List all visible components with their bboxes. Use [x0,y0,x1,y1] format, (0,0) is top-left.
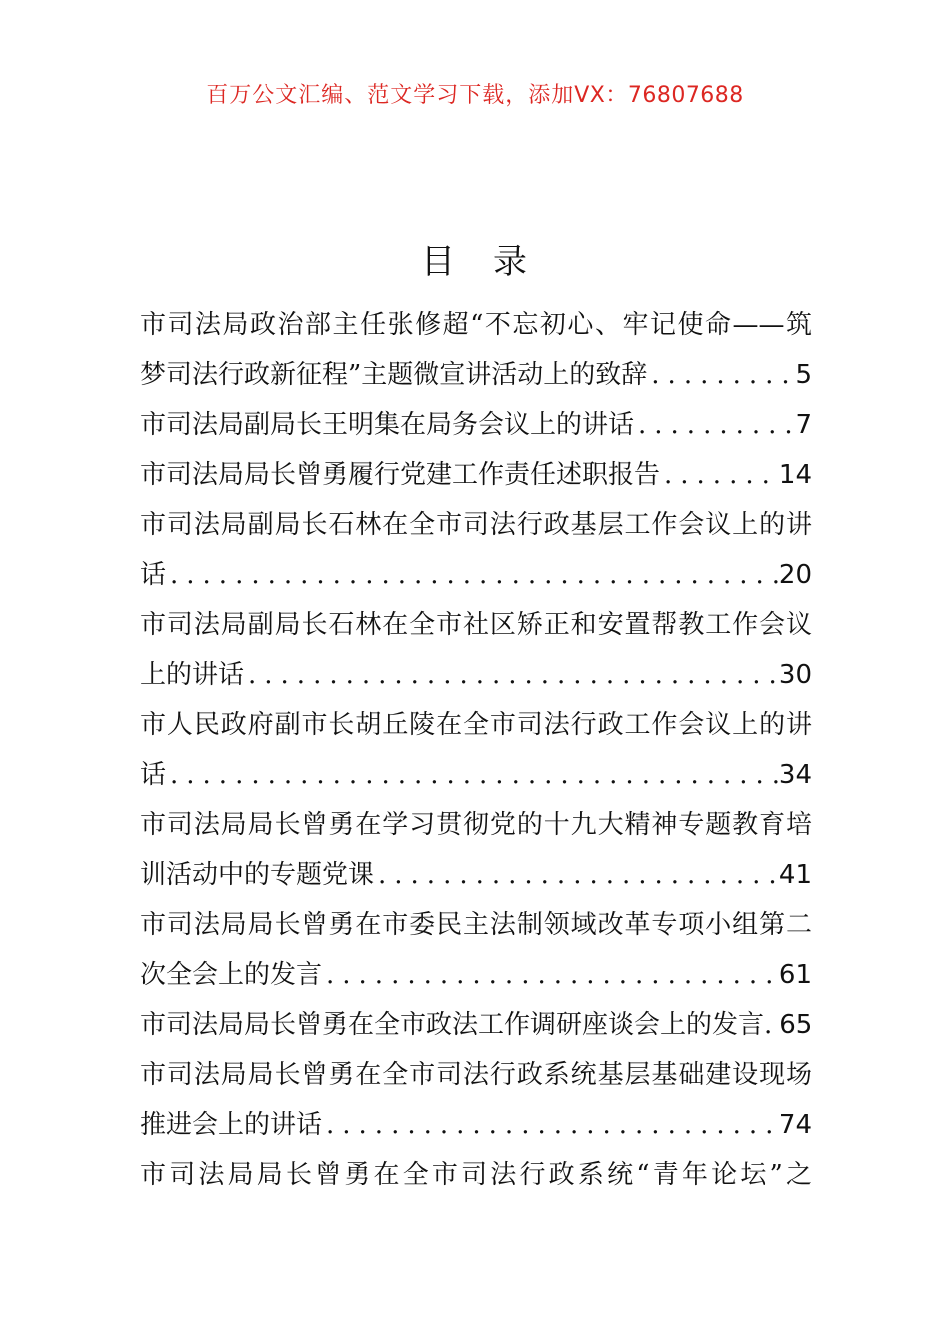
toc-entry-line: 市司法局副局长石林在全市司法行政基层工作会议上的讲 [140,500,812,550]
toc-entry[interactable]: 市司法局副局长石林在全市社区矫正和安置帮教工作会议上的讲话...........… [140,600,812,700]
toc-entry-line: 市人民政府副市长胡丘陵在全市司法行政工作会议上的讲 [140,700,812,750]
page-number: 14 [779,450,812,500]
page-number: 5 [795,350,812,400]
toc-entry-text: 次全会上的发言 [140,950,322,1000]
toc-entry-line: 市司法局局长曾勇在学习贯彻党的十九大精神专题教育培 [140,800,812,850]
toc-entry-text: 话 [140,550,166,600]
toc-entry[interactable]: 市司法局局长曾勇在全市司法行政系统“青年论坛”之 [140,1150,812,1200]
document-page: 百万公文汇编、范文学习下载，添加VX：76807688 目 录 市司法局政治部主… [0,0,950,1344]
dot-leader: ........................................… [166,550,779,600]
promo-contact-code: VX：76807688 [574,83,744,108]
page-number: 34 [779,750,812,800]
dot-leader: ........................................… [166,750,779,800]
page-number: 30 [779,650,812,700]
toc-entry-line: 市司法局局长曾勇在全市政法工作调研座谈会上的发言................… [140,1000,812,1050]
page-number: 20 [779,550,812,600]
page-number: 61 [779,950,812,1000]
dot-leader: ........................................… [322,950,779,1000]
toc-entry-line: 话.......................................… [140,750,812,800]
toc-entry-text: 话 [140,750,166,800]
toc-entry-text: 训活动中的专题党课 [140,850,374,900]
dot-leader: ........................................… [244,650,779,700]
dot-leader: ........................................… [634,400,795,450]
toc-entry[interactable]: 市司法局局长曾勇在全市政法工作调研座谈会上的发言................… [140,1000,812,1050]
toc-entry[interactable]: 市人民政府副市长胡丘陵在全市司法行政工作会议上的讲话..............… [140,700,812,800]
dot-leader: ........................................… [660,450,779,500]
page-number: 74 [779,1100,812,1150]
toc-entry-line: 训活动中的专题党课...............................… [140,850,812,900]
toc-entry-text: 市司法局局长曾勇在全市政法工作调研座谈会上的发言. [140,1000,772,1050]
toc-entry-line: 市司法局局长曾勇在全市司法行政系统“青年论坛”之 [140,1150,812,1200]
page-number: 41 [779,850,812,900]
toc-entry-line: 市司法局政治部主任张修超“不忘初心、牢记使命——筑 [140,300,812,350]
dot-leader: ........................................… [322,1100,779,1150]
toc-entry[interactable]: 市司法局局长曾勇履行党建工作责任述职报告....................… [140,450,812,500]
toc-list: 市司法局政治部主任张修超“不忘初心、牢记使命——筑梦司法行政新征程”主题微宣讲活… [140,300,812,1200]
toc-entry-text: 上的讲话 [140,650,244,700]
toc-entry[interactable]: 市司法局局长曾勇在学习贯彻党的十九大精神专题教育培训活动中的专题党课......… [140,800,812,900]
promo-header: 百万公文汇编、范文学习下载，添加VX：76807688 [0,84,950,108]
toc-entry-line: 市司法局副局长石林在全市社区矫正和安置帮教工作会议 [140,600,812,650]
dot-leader: ........................................… [374,850,779,900]
toc-entry[interactable]: 市司法局政治部主任张修超“不忘初心、牢记使命——筑梦司法行政新征程”主题微宣讲活… [140,300,812,400]
toc-entry[interactable]: 市司法局局长曾勇在市委民主法制领域改革专项小组第二次全会上的发言........… [140,900,812,1000]
toc-entry-text: 市司法局副局长王明集在局务会议上的讲话 [140,400,634,450]
promo-text: 百万公文汇编、范文学习下载，添加 [206,83,574,108]
toc-entry-line: 上的讲话....................................… [140,650,812,700]
toc-entry-line: 市司法局局长曾勇履行党建工作责任述职报告....................… [140,450,812,500]
toc-entry-line: 推进会上的讲话.................................… [140,1100,812,1150]
toc-entry[interactable]: 市司法局副局长王明集在局务会议上的讲话.....................… [140,400,812,450]
toc-entry-line: 话.......................................… [140,550,812,600]
toc-entry-line: 次全会上的发言.................................… [140,950,812,1000]
page-number: 7 [795,400,812,450]
toc-entry-line: 市司法局局长曾勇在全市司法行政系统基层基础建设现场 [140,1050,812,1100]
toc-title: 目 录 [0,242,950,282]
toc-entry-line: 梦司法行政新征程”主题微宣讲活动上的致辞....................… [140,350,812,400]
toc-entry-line: 市司法局副局长王明集在局务会议上的讲话.....................… [140,400,812,450]
toc-entry[interactable]: 市司法局副局长石林在全市司法行政基层工作会议上的讲话..............… [140,500,812,600]
page-number: 65 [779,1000,812,1050]
toc-entry-line: 市司法局局长曾勇在市委民主法制领域改革专项小组第二 [140,900,812,950]
dot-leader: ........................................… [647,350,795,400]
toc-entry-text: 市司法局局长曾勇履行党建工作责任述职报告 [140,450,660,500]
toc-entry-text: 推进会上的讲话 [140,1100,322,1150]
toc-entry[interactable]: 市司法局局长曾勇在全市司法行政系统基层基础建设现场推进会上的讲话........… [140,1050,812,1150]
toc-entry-text: 梦司法行政新征程”主题微宣讲活动上的致辞 [140,350,647,400]
